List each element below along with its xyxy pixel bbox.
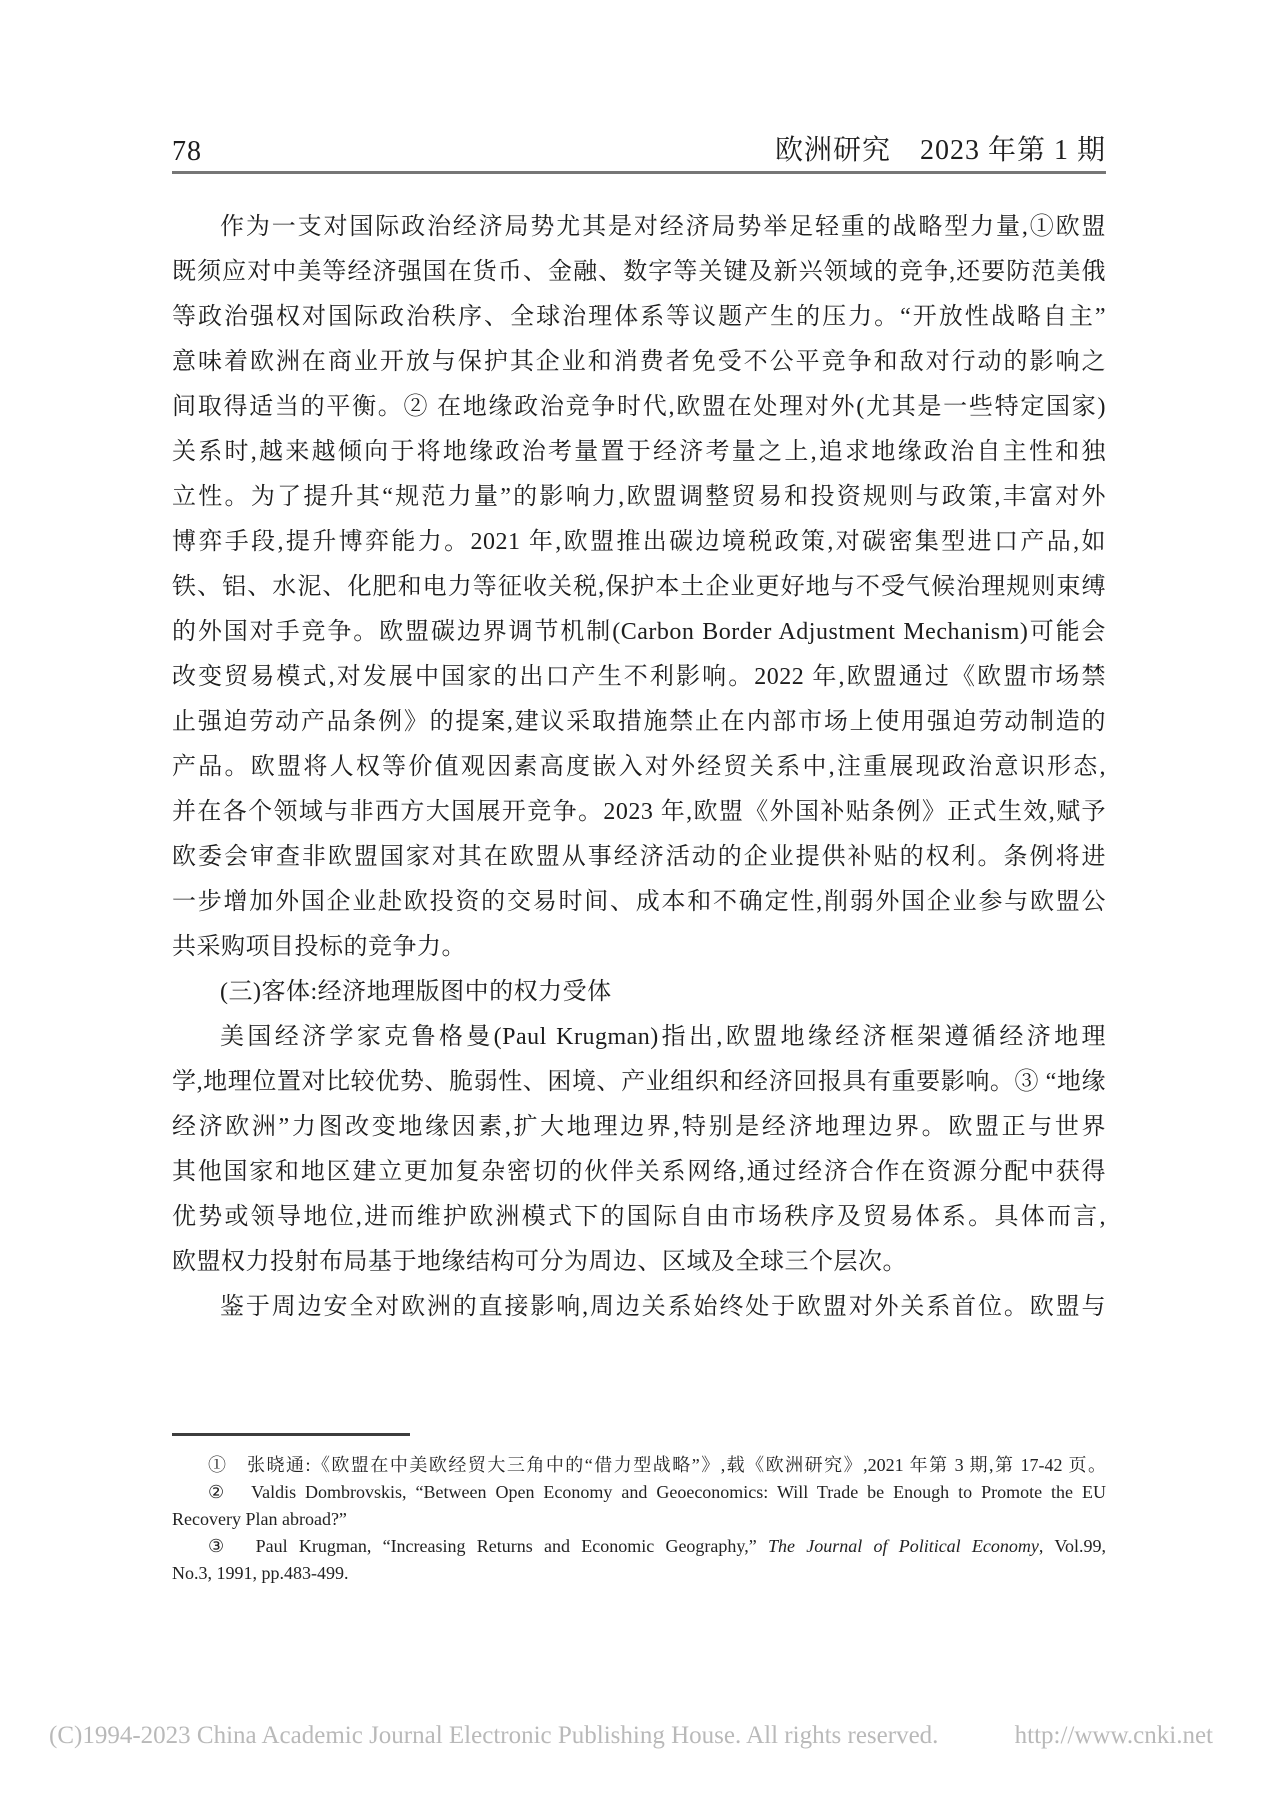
body-line: 博弈手段,提升博弈能力。2021 年,欧盟推出碳边境税政策,对碳密集型进口产品,… (172, 520, 1106, 565)
header-rule (172, 171, 1106, 174)
body-line: 学,地理位置对比较优势、脆弱性、困境、产业组织和经济回报具有重要影响。③ “地缘 (172, 1060, 1106, 1105)
body-line: 欧盟权力投射布局基于地缘结构可分为周边、区域及全球三个层次。 (172, 1240, 1106, 1285)
body-line: 经济欧洲”力图改变地缘因素,扩大地理边界,特别是经济地理边界。欧盟正与世界 (172, 1105, 1106, 1150)
footnote-line: ③ Paul Krugman, “Increasing Returns and … (172, 1533, 1106, 1560)
footnote-line: ① 张晓通:《欧盟在中美欧经贸大三角中的“借力型战略”》,载《欧洲研究》,202… (172, 1452, 1106, 1479)
footnote-line: ② Valdis Dombrovskis, “Between Open Econ… (172, 1479, 1106, 1506)
body-line: (三)客体:经济地理版图中的权力受体 (172, 970, 1106, 1015)
journal-issue-label: 欧洲研究 2023 年第 1 期 (775, 128, 1106, 168)
body-line: 改变贸易模式,对发展中国家的出口产生不利影响。2022 年,欧盟通过《欧盟市场禁 (172, 655, 1106, 700)
copyright-text: (C)1994-2023 China Academic Journal Elec… (49, 1722, 938, 1750)
body-line: 鉴于周边安全对欧洲的直接影响,周边关系始终处于欧盟对外关系首位。欧盟与 (172, 1285, 1106, 1330)
page-footer: (C)1994-2023 China Academic Journal Elec… (49, 1722, 1213, 1750)
footnote-separator (172, 1433, 410, 1436)
body-line: 的外国对手竞争。欧盟碳边界调节机制(Carbon Border Adjustme… (172, 610, 1106, 655)
footnotes-section: ① 张晓通:《欧盟在中美欧经贸大三角中的“借力型战略”》,载《欧洲研究》,202… (172, 1452, 1106, 1587)
body-line: 既须应对中美等经济强国在货币、金融、数字等关键及新兴领域的竞争,还要防范美俄 (172, 250, 1106, 295)
body-line: 并在各个领域与非西方大国展开竞争。2023 年,欧盟《外国补贴条例》正式生效,赋… (172, 790, 1106, 835)
body-line: 间取得适当的平衡。② 在地缘政治竞争时代,欧盟在处理对外(尤其是一些特定国家) (172, 385, 1106, 430)
body-line: 美国经济学家克鲁格曼(Paul Krugman)指出,欧盟地缘经济框架遵循经济地… (172, 1015, 1106, 1060)
body-line: 优势或领导地位,进而维护欧洲模式下的国际自由市场秩序及贸易体系。具体而言, (172, 1195, 1106, 1240)
body-line: 立性。为了提升其“规范力量”的影响力,欧盟调整贸易和投资规则与政策,丰富对外 (172, 475, 1106, 520)
footnote-line: No.3, 1991, pp.483-499. (172, 1560, 1106, 1587)
page-number: 78 (172, 136, 202, 168)
body-line: 作为一支对国际政治经济局势尤其是对经济局势举足轻重的战略型力量,①欧盟 (172, 205, 1106, 250)
body-line: 一步增加外国企业赴欧投资的交易时间、成本和不确定性,削弱外国企业参与欧盟公 (172, 880, 1106, 925)
body-line: 意味着欧洲在商业开放与保护其企业和消费者免受不公平竞争和敌对行动的影响之 (172, 340, 1106, 385)
page-header: 78 欧洲研究 2023 年第 1 期 (172, 126, 1106, 168)
body-line: 欧委会审查非欧盟国家对其在欧盟从事经济活动的企业提供补贴的权利。条例将进 (172, 835, 1106, 880)
body-line: 等政治强权对国际政治秩序、全球治理体系等议题产生的压力。“开放性战略自主” (172, 295, 1106, 340)
body-line: 产品。欧盟将人权等价值观因素高度嵌入对外经贸关系中,注重展现政治意识形态, (172, 745, 1106, 790)
body-line: 共采购项目投标的竞争力。 (172, 925, 1106, 970)
footnote-line: Recovery Plan abroad?” (172, 1506, 1106, 1533)
body-line: 其他国家和地区建立更加复杂密切的伙伴关系网络,通过经济合作在资源分配中获得 (172, 1150, 1106, 1195)
body-line: 止强迫劳动产品条例》的提案,建议采取措施禁止在内部市场上使用强迫劳动制造的 (172, 700, 1106, 745)
cnki-url: http://www.cnki.net (1015, 1722, 1213, 1750)
article-body: 作为一支对国际政治经济局势尤其是对经济局势举足轻重的战略型力量,①欧盟既须应对中… (172, 205, 1106, 1330)
body-line: 关系时,越来越倾向于将地缘政治考量置于经济考量之上,追求地缘政治自主性和独 (172, 430, 1106, 475)
body-line: 铁、铝、水泥、化肥和电力等征收关税,保护本土企业更好地与不受气候治理规则束缚 (172, 565, 1106, 610)
